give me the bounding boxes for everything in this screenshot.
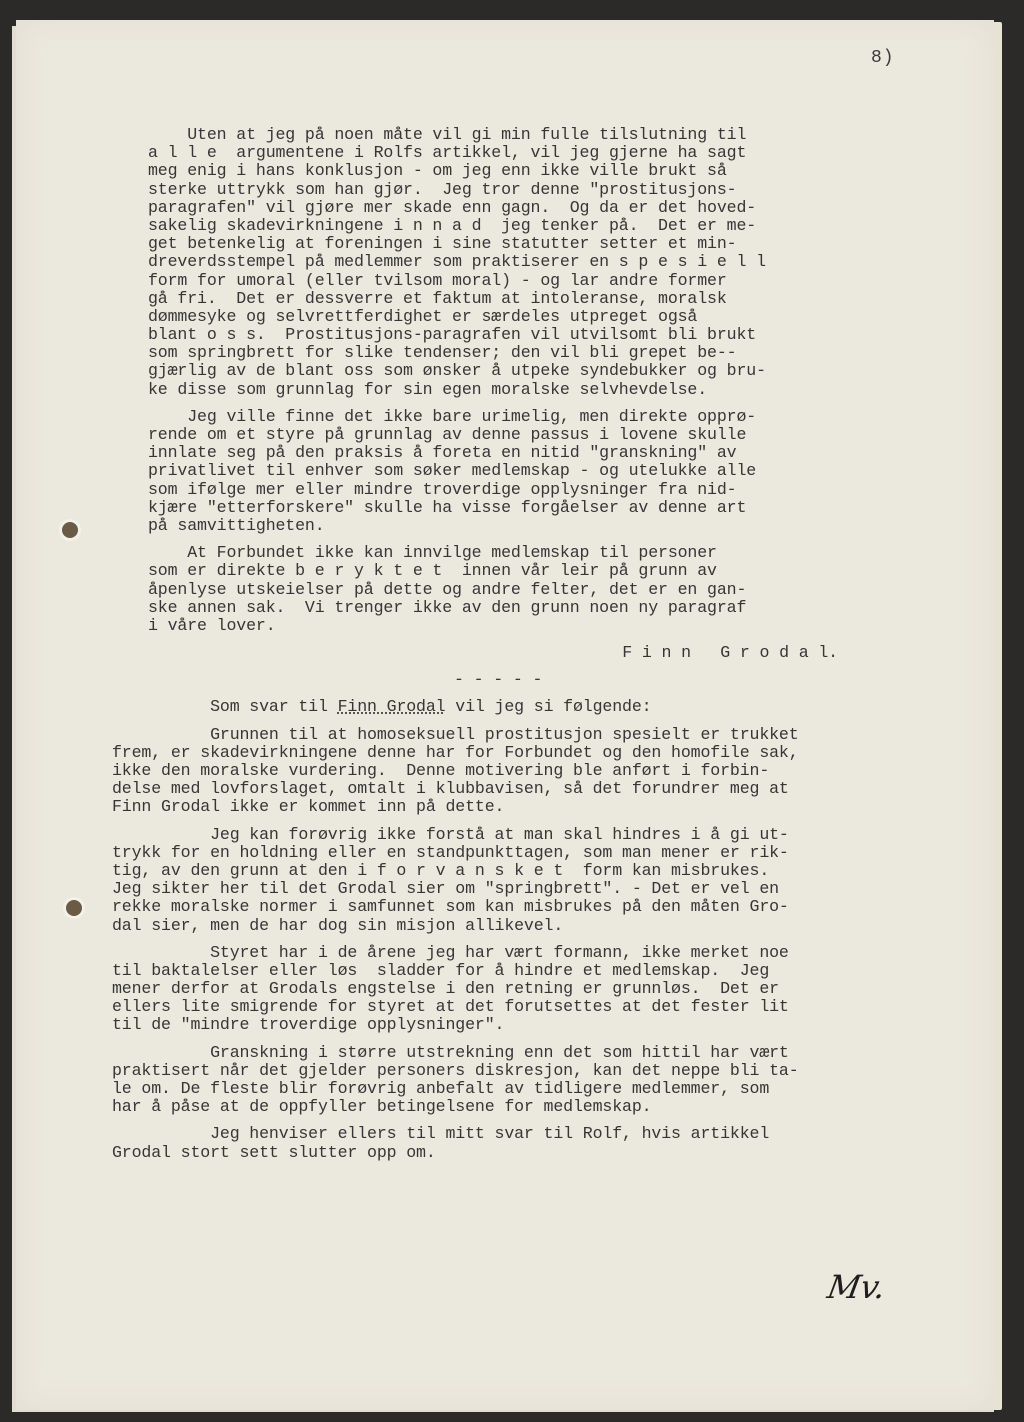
text-line: Styret har i de årene jeg har vært forma…: [112, 944, 928, 962]
text-line: Finn Grodal ikke er kommet inn på dette.: [112, 798, 928, 816]
text-line: a l l e argumentene i Rolfs artikkel, vi…: [148, 144, 928, 162]
text-line: praktisert når det gjelder personers dis…: [112, 1062, 928, 1080]
text-line: dømmesyke og selvrettferdighet er særdel…: [148, 308, 928, 326]
reply-intro: Som svar til Finn Grodal vil jeg si følg…: [112, 698, 928, 716]
text-line: til de "mindre troverdige opplysninger".: [112, 1016, 928, 1034]
page-number: 8): [871, 48, 895, 68]
section-divider: - - - - -: [148, 671, 928, 689]
text-line: Grodal stort sett slutter opp om.: [112, 1144, 928, 1162]
text-line: Jeg henviser ellers til mitt svar til Ro…: [112, 1125, 928, 1143]
paragraph-gap: [148, 1162, 928, 1171]
author-initials: Mv.: [825, 1268, 889, 1306]
text-line: sakelig skadevirkningene i n n a d jeg t…: [148, 217, 928, 235]
text-line: ellers lite smigrende for styret at det …: [112, 998, 928, 1016]
text-line: dreverdsstempel på medlemmer som praktis…: [148, 253, 928, 271]
text-line: rende om et styre på grunnlag av denne p…: [148, 426, 928, 444]
text-line: ske annen sak. Vi trenger ikke av den gr…: [148, 599, 928, 617]
text-line: som er direkte b e r y k t e t innen vår…: [148, 562, 928, 580]
text-line: le om. De fleste blir forøvrig anbefalt …: [112, 1080, 928, 1098]
text-line: ke disse som grunnlag for sin egen moral…: [148, 381, 928, 399]
intro-suffix: vil jeg si følgende:: [445, 697, 651, 716]
text-line: Jeg sikter her til det Grodal sier om "s…: [112, 880, 928, 898]
signature: F i n n G r o d a l.: [148, 644, 928, 662]
text-line: kjære "etterforskere" skulle ha visse fo…: [148, 499, 928, 517]
text-line: blant o s s. Prostitusjons-paragrafen vi…: [148, 326, 928, 344]
text-line: mener derfor at Grodals engstelse i den …: [112, 980, 928, 998]
text-line: rekke moralske normer i samfunnet som ka…: [112, 898, 928, 916]
text-line: åpenlyse utskeielser på dette og andre f…: [148, 581, 928, 599]
text-line: gjærlig av de blant oss som ønsker å utp…: [148, 362, 928, 380]
text-line: get betenkelig at foreningen i sine stat…: [148, 235, 928, 253]
text-line: Uten at jeg på noen måte vil gi min full…: [148, 126, 928, 144]
text-line: innlate seg på den praksis å foreta en n…: [148, 444, 928, 462]
punch-hole-icon: [66, 900, 82, 916]
punch-hole-icon: [62, 522, 78, 538]
text-line: Granskning i større utstrekning enn det …: [112, 1044, 928, 1062]
text-line: har å påse at de oppfyller betingelsene …: [112, 1098, 928, 1116]
text-line: sterke uttrykk som han gjør. Jeg tror de…: [148, 181, 928, 199]
text-line: som springbrett for slike tendenser; den…: [148, 344, 928, 362]
text-line: form for umoral (eller tvilsom moral) - …: [148, 272, 928, 290]
intro-name: Finn Grodal: [338, 697, 446, 716]
text-line: frem, er skadevirkningene denne har for …: [112, 744, 928, 762]
document-body: Uten at jeg på noen måte vil gi min full…: [148, 126, 928, 1171]
text-line: paragrafen" vil gjøre mer skade enn gagn…: [148, 199, 928, 217]
intro-prefix: Som svar til: [112, 697, 338, 716]
text-line: At Forbundet ikke kan innvilge medlemska…: [148, 544, 928, 562]
text-line: på samvittigheten.: [148, 517, 928, 535]
text-line: Grunnen til at homoseksuell prostitusjon…: [112, 726, 928, 744]
text-line: dal sier, men de har dog sin misjon alli…: [112, 917, 928, 935]
text-line: delse med lovforslaget, omtalt i klubbav…: [112, 780, 928, 798]
text-line: meg enig i hans konklusjon - om jeg enn …: [148, 162, 928, 180]
text-line: gå fri. Det er dessverre et faktum at in…: [148, 290, 928, 308]
text-line: til baktalelser eller løs sladder for å …: [112, 962, 928, 980]
text-line: ikke den moralske vurdering. Denne motiv…: [112, 762, 928, 780]
text-line: trykk for en holdning eller en standpunk…: [112, 844, 928, 862]
text-line: privatlivet til enhver som søker medlems…: [148, 462, 928, 480]
text-line: Jeg ville finne det ikke bare urimelig, …: [148, 408, 928, 426]
text-line: i våre lover.: [148, 617, 928, 635]
text-line: tig, av den grunn at den i f o r v a n s…: [112, 862, 928, 880]
text-line: som ifølge mer eller mindre troverdige o…: [148, 481, 928, 499]
text-line: Jeg kan forøvrig ikke forstå at man skal…: [112, 826, 928, 844]
